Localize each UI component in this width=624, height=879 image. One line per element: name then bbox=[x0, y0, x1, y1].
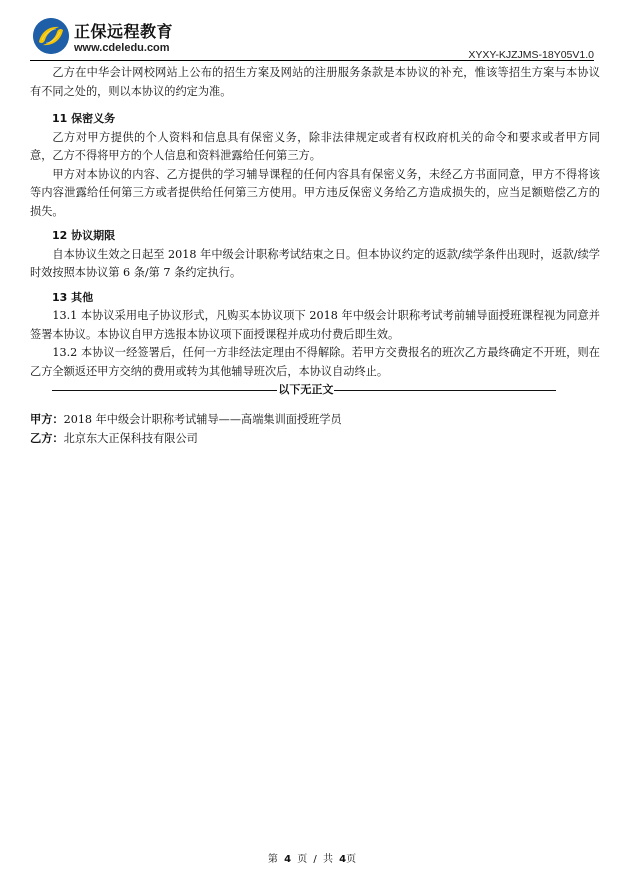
end-marker-text: 以下无正文 bbox=[277, 381, 334, 400]
party-b-line: 乙方：北京东大正保科技有限公司 bbox=[30, 429, 342, 448]
party-a-label: 甲方： bbox=[30, 413, 64, 426]
divider-line bbox=[52, 390, 277, 391]
intro-paragraph: 乙方在中华会计网校网站上公布的招生方案及网站的注册服务条款是本协议的补充，惟该等… bbox=[30, 64, 600, 101]
section-title-confidentiality: 11 保密义务 bbox=[30, 110, 600, 129]
cdeledu-logo-icon bbox=[33, 18, 69, 54]
divider-line bbox=[334, 390, 556, 391]
party-a-line: 甲方：2018 年中级会计职称考试辅导——高端集训面授班学员 bbox=[30, 410, 342, 429]
page-word: 页 bbox=[297, 854, 307, 865]
page-header: 正保远程教育 www.cdeledu.com XYXY-KJZJMS-18Y05… bbox=[30, 14, 594, 60]
section-paragraph: 自本协议生效之日起至 2018 年中级会计职称考试结束之日。但本协议约定的返款/… bbox=[30, 246, 600, 283]
spacer bbox=[30, 101, 600, 110]
page-prefix: 第 bbox=[268, 854, 278, 865]
page-footer: 第 4 页 / 共 4页 bbox=[0, 850, 624, 865]
party-b-label: 乙方： bbox=[30, 432, 64, 445]
section-title-other: 13 其他 bbox=[30, 289, 600, 308]
header-divider bbox=[30, 60, 594, 61]
page-suffix: 页 bbox=[346, 854, 356, 865]
current-page-number: 4 bbox=[284, 854, 291, 865]
section-paragraph: 13.1 本协议采用电子协议形式，凡购买本协议项下 2018 年中级会计职称考试… bbox=[30, 307, 600, 344]
brand-url: www.cdeledu.com bbox=[74, 42, 170, 55]
party-a-value: 2018 年中级会计职称考试辅导——高端集训面授班学员 bbox=[64, 413, 342, 426]
end-of-text-marker: 以下无正文 bbox=[30, 381, 600, 399]
section-paragraph: 13.2 本协议一经签署后，任何一方非经法定理由不得解除。若甲方交费报名的班次乙… bbox=[30, 344, 600, 381]
section-title-term: 12 协议期限 bbox=[30, 227, 600, 246]
section-paragraph: 乙方对甲方提供的个人资料和信息具有保密义务，除非法律规定或者有权政府机关的命令和… bbox=[30, 129, 600, 166]
party-b-value: 北京东大正保科技有限公司 bbox=[64, 432, 198, 445]
section-paragraph: 甲方对本协议的内容、乙方提供的学习辅导课程的任何内容具有保密义务，未经乙方书面同… bbox=[30, 166, 600, 222]
brand-name: 正保远程教育 bbox=[74, 23, 173, 41]
total-prefix: 共 bbox=[323, 854, 333, 865]
page-separator: / bbox=[313, 854, 316, 865]
signature-block: 甲方：2018 年中级会计职称考试辅导——高端集训面授班学员 乙方：北京东大正保… bbox=[30, 410, 342, 448]
document-body: 乙方在中华会计网校网站上公布的招生方案及网站的注册服务条款是本协议的补充，惟该等… bbox=[30, 64, 600, 399]
